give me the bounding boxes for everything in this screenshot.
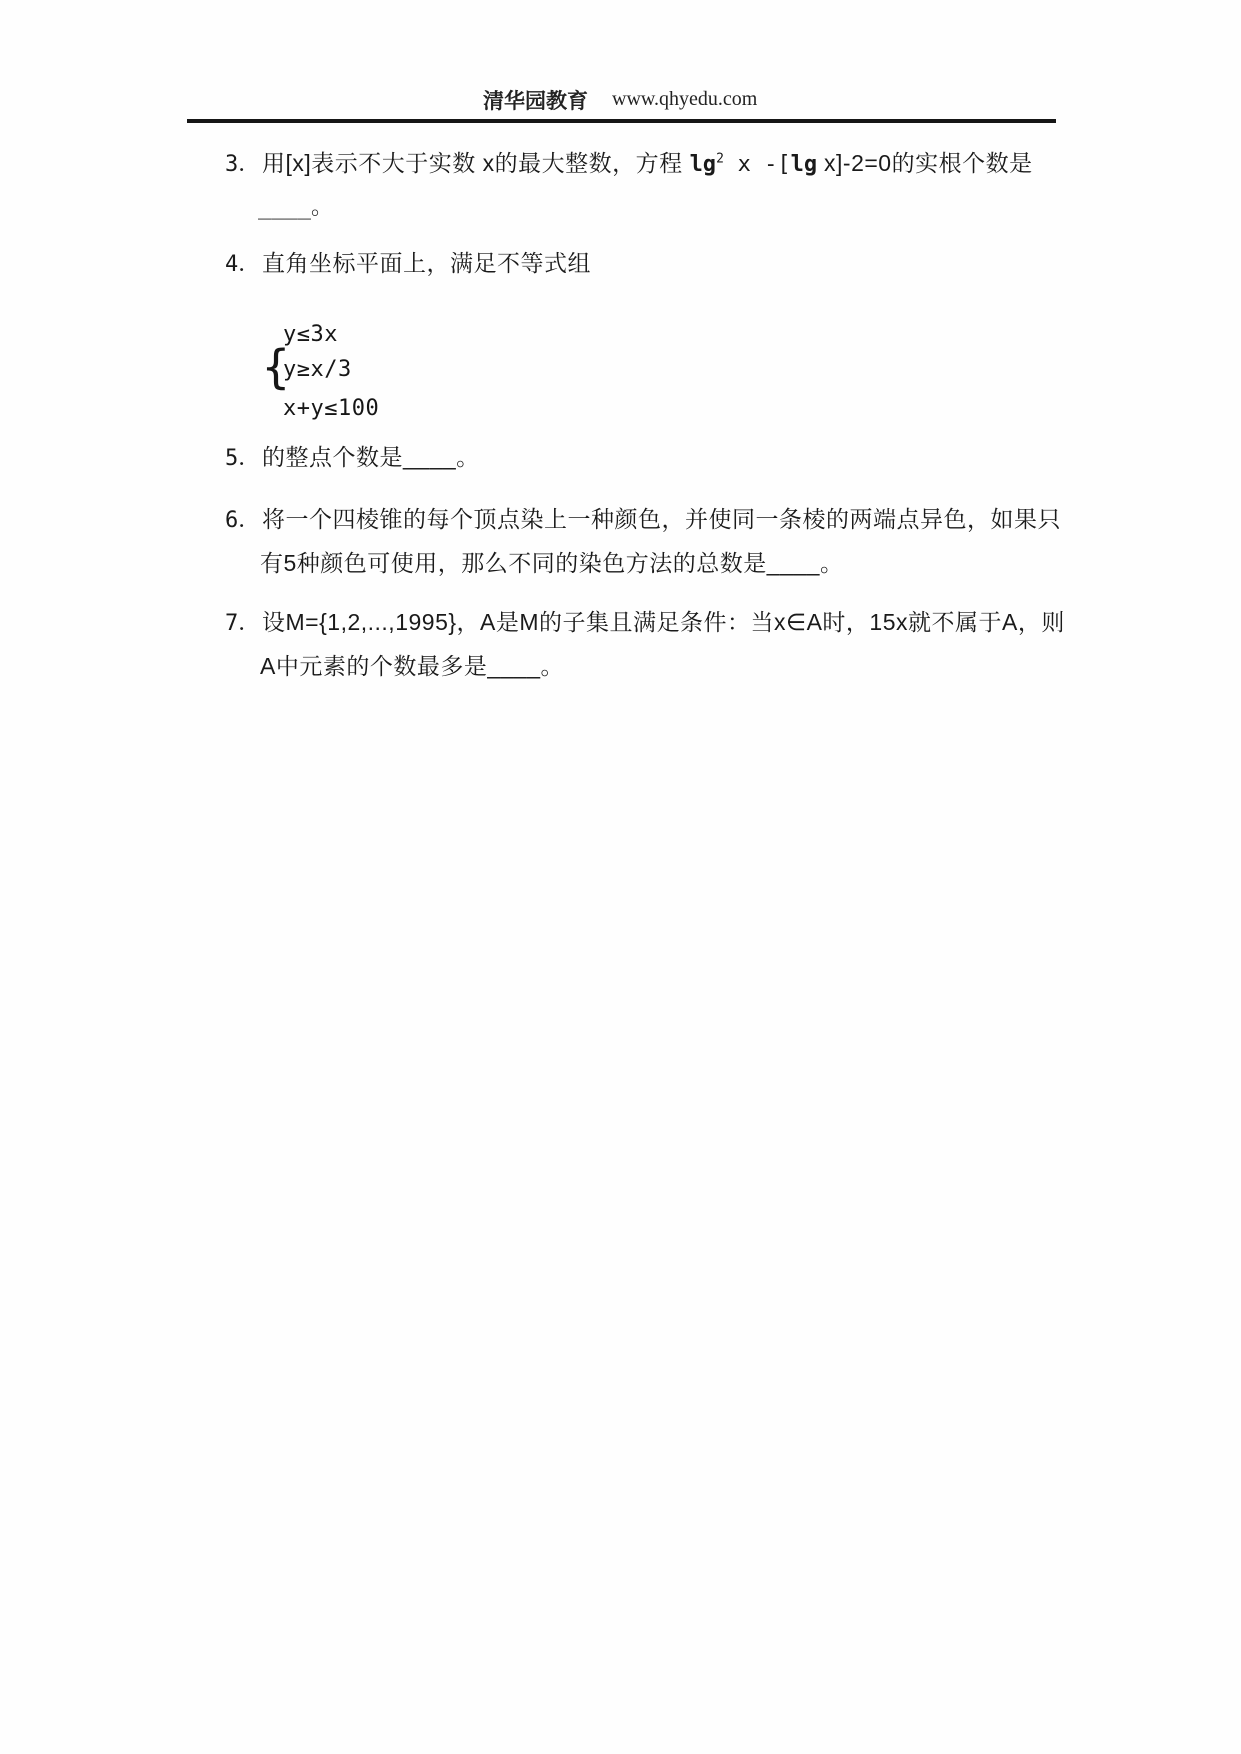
header-website: www.qhyedu.com <box>612 88 757 111</box>
problem-4-number: 4． <box>225 251 262 279</box>
problem-5-line: 5．的整点个数是____。 <box>225 443 480 473</box>
problem-3-number: 3． <box>225 151 262 179</box>
inequality-3: x+y≤100 <box>283 396 379 421</box>
problem-6-number: 6． <box>225 507 262 535</box>
problem-6-text-2: 有5种颜色可使用，那么不同的染色方法的总数是____。 <box>260 550 843 576</box>
inequality-1: y≤3x <box>283 322 338 347</box>
header: 清华园教育 <box>483 85 588 115</box>
website-url: www.qhyedu.com <box>612 88 757 110</box>
problem-3-text-c: x]-2=0的实根个数是 <box>817 150 1032 176</box>
worksheet-page: 清华园教育 www.qhyedu.com 3．用[x]表示不大于实数 x的最大整… <box>0 0 1241 1754</box>
brand-name: 清华园教育 <box>483 89 588 113</box>
problem-3-lg-2: lg <box>791 152 818 177</box>
inequality-2: y≥x/3 <box>283 357 352 382</box>
problem-3-answer-blank: ____。 <box>258 195 333 220</box>
problem-4-line: 4．直角坐标平面上，满足不等式组 <box>225 249 591 279</box>
problem-6-text-1: 将一个四棱锥的每个顶点染上一种颜色，并使同一条棱的两端点异色，如果只 <box>262 506 1061 532</box>
problem-3-text-b: x -[ <box>724 152 790 177</box>
problem-4-text: 直角坐标平面上，满足不等式组 <box>262 250 591 276</box>
problem-7-number: 7． <box>225 610 262 638</box>
problem-5-number: 5． <box>225 445 262 473</box>
problem-7-line-2: A中元素的个数最多是____。 <box>260 652 564 680</box>
problem-7-text-2: A中元素的个数最多是____。 <box>260 653 564 679</box>
problem-7-text-1: 设M={1,2,...,1995}，A是M的子集且满足条件：当x∈A时，15x就… <box>262 609 1065 635</box>
problem-3-text-a: 用[x]表示不大于实数 x的最大整数，方程 <box>262 150 690 176</box>
problem-3-lg-1: lg <box>690 152 717 177</box>
problem-3-line-1: 3．用[x]表示不大于实数 x的最大整数，方程 lg2 x -[lg x]-2=… <box>225 149 1033 179</box>
header-divider <box>187 119 1056 123</box>
problem-6-line-1: 6．将一个四棱锥的每个顶点染上一种颜色，并使同一条棱的两端点异色，如果只 <box>225 505 1061 535</box>
problem-3-line-2: ____。 <box>258 192 333 222</box>
problem-5-text: 的整点个数是____。 <box>262 444 480 470</box>
problem-6-line-2: 有5种颜色可使用，那么不同的染色方法的总数是____。 <box>260 549 843 577</box>
problem-7-line-1: 7．设M={1,2,...,1995}，A是M的子集且满足条件：当x∈A时，15… <box>225 608 1065 638</box>
